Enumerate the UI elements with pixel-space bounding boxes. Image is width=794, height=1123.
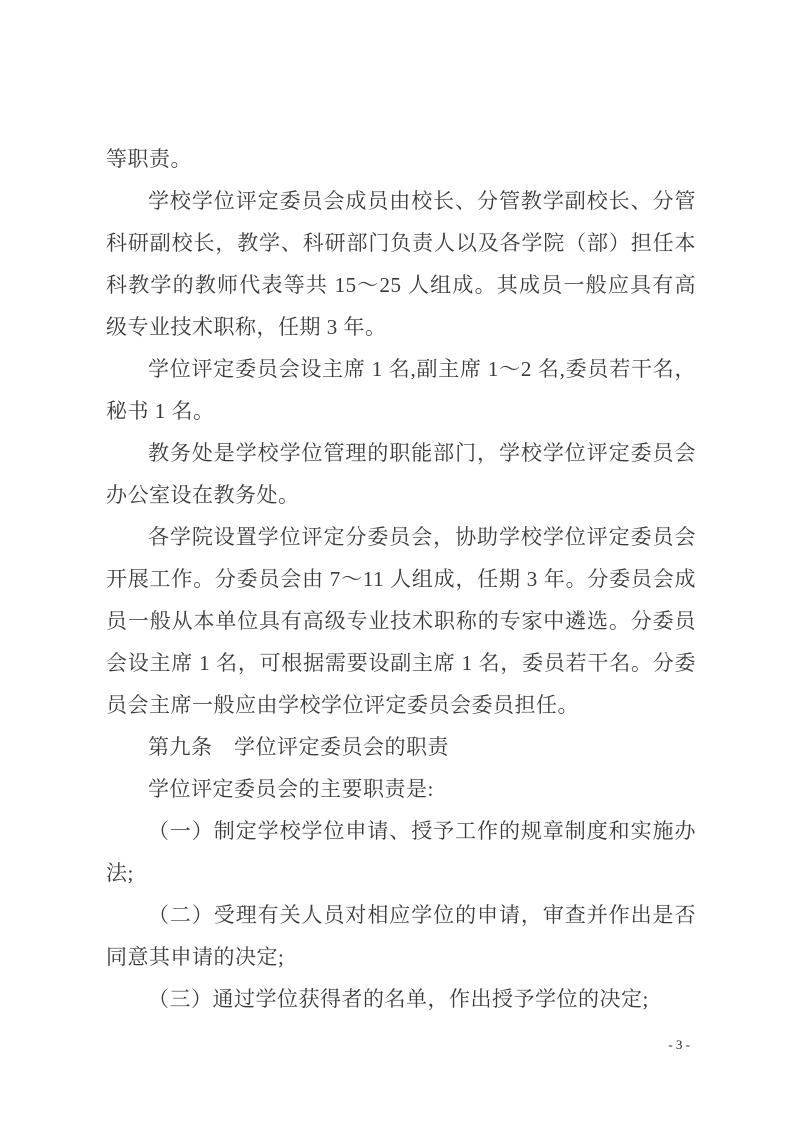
paragraph-continuation: 等职责。: [106, 138, 696, 180]
document-page: 等职责。 学校学位评定委员会成员由校长、分管教学副校长、分管科研副校长，教学、科…: [0, 0, 794, 1123]
paragraph-committee-officers: 学位评定委员会设主席 1 名,副主席 1～2 名,委员若干名，秘书 1 名。: [106, 348, 696, 432]
page-number: - 3 -: [668, 1036, 690, 1054]
paragraph-academic-affairs-office: 教务处是学校学位管理的职能部门，学校学位评定委员会办公室设在教务处。: [106, 432, 696, 516]
paragraph-duties-intro: 学位评定委员会的主要职责是:: [106, 768, 696, 810]
heading-article-9: 第九条 学位评定委员会的职责: [106, 726, 696, 768]
duty-item-3: （三）通过学位获得者的名单，作出授予学位的决定;: [106, 978, 696, 1020]
duty-item-2: （二）受理有关人员对相应学位的申请，审查并作出是否同意其申请的决定;: [106, 894, 696, 978]
paragraph-sub-committees: 各学院设置学位评定分委员会，协助学校学位评定委员会开展工作。分委员会由 7～11…: [106, 516, 696, 726]
duty-item-1: （一）制定学校学位申请、授予工作的规章制度和实施办法;: [106, 810, 696, 894]
document-body: 等职责。 学校学位评定委员会成员由校长、分管教学副校长、分管科研副校长，教学、科…: [106, 138, 696, 1020]
paragraph-committee-composition: 学校学位评定委员会成员由校长、分管教学副校长、分管科研副校长，教学、科研部门负责…: [106, 180, 696, 348]
